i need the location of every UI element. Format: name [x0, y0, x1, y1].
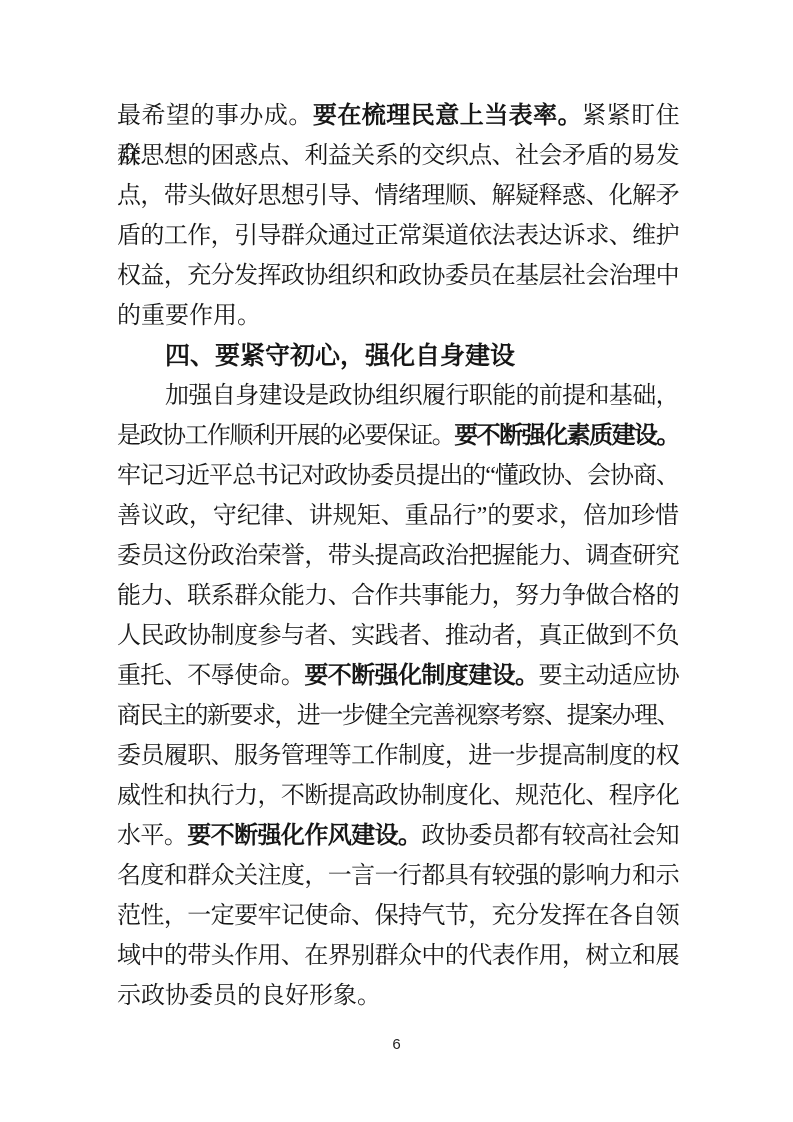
- emphasis-text-run: 要不断强化素质建设。: [454, 423, 679, 449]
- text-run: 牢记习近平总书记对政协委员提出的“懂政协、会协商、: [117, 463, 679, 489]
- text-run: 权益，充分发挥政协组织和政协委员在基层社会治理中: [117, 263, 679, 289]
- text-run: 委员这份政治荣誉，带头提高政治把握能力、调查研究: [117, 543, 679, 569]
- text-run: 加强自身建设是政协组织履行职能的前提和基础，: [165, 383, 679, 409]
- text-line: 权益，充分发挥政协组织和政协委员在基层社会治理中: [117, 256, 679, 296]
- text-run: 委员履职、服务管理等工作制度，进一步提高制度的权: [117, 743, 679, 769]
- text-line: 牢记习近平总书记对政协委员提出的“懂政协、会协商、: [117, 456, 679, 496]
- paragraph: 最希望的事办成。要在梳理民意上当表率。紧紧盯住群众思想的困惑点、利益关系的交织点…: [117, 96, 679, 336]
- text-line: 四、要紧守初心，强化自身建设: [117, 336, 679, 376]
- text-run: 政协委员都有较高社会知: [421, 823, 679, 849]
- text-line: 域中的带头作用、在界别群众中的代表作用，树立和展: [117, 936, 679, 976]
- text-line: 人民政协制度参与者、实践者、推动者，真正做到不负: [117, 616, 679, 656]
- text-run: 域中的带头作用、在界别群众中的代表作用，树立和展: [117, 943, 679, 969]
- text-run: 商民主的新要求，进一步健全完善视察考察、提案办理、: [117, 703, 679, 729]
- text-line: 示政协委员的良好形象。: [117, 976, 679, 1016]
- text-line: 是政协工作顺利开展的必要保证。要不断强化素质建设。: [117, 416, 679, 456]
- text-run: 是政协工作顺利开展的必要保证。: [117, 423, 454, 449]
- text-line: 最希望的事办成。要在梳理民意上当表率。紧紧盯住群: [117, 96, 679, 136]
- text-run: 重托、不辱使命。: [117, 663, 304, 689]
- text-run: 范性，一定要牢记使命、保持气节，充分发挥在各自领: [117, 903, 679, 929]
- text-line: 能力、联系群众能力、合作共事能力，努力争做合格的: [117, 576, 679, 616]
- text-run: 众思想的困惑点、利益关系的交织点、社会矛盾的易发: [117, 143, 679, 169]
- document-page: 最希望的事办成。要在梳理民意上当表率。紧紧盯住群众思想的困惑点、利益关系的交织点…: [0, 0, 793, 1122]
- text-line: 威性和执行力，不断提高政协制度化、规范化、程序化: [117, 776, 679, 816]
- text-run: 示政协委员的良好形象。: [117, 983, 381, 1009]
- text-line: 加强自身建设是政协组织履行职能的前提和基础，: [117, 376, 679, 416]
- text-line: 水平。要不断强化作风建设。政协委员都有较高社会知: [117, 816, 679, 856]
- paragraph: 加强自身建设是政协组织履行职能的前提和基础，是政协工作顺利开展的必要保证。要不断…: [117, 376, 679, 1016]
- emphasis-text-run: 四、要紧守初心，强化自身建设: [165, 342, 515, 370]
- text-line: 名度和群众关注度，一言一行都具有较强的影响力和示: [117, 856, 679, 896]
- text-run: 威性和执行力，不断提高政协制度化、规范化、程序化: [117, 783, 679, 809]
- text-line: 的重要作用。: [117, 296, 679, 336]
- text-run: 善议政，守纪律、讲规矩、重品行”的要求，倍加珍惜: [117, 503, 679, 529]
- text-line: 重托、不辱使命。要不断强化制度建设。要主动适应协: [117, 656, 679, 696]
- text-run: 盾的工作，引导群众通过正常渠道依法表达诉求、维护: [117, 223, 679, 249]
- text-line: 善议政，守纪律、讲规矩、重品行”的要求，倍加珍惜: [117, 496, 679, 536]
- text-run: 点，带头做好思想引导、情绪理顺、解疑释惑、化解矛: [117, 183, 679, 209]
- text-line: 商民主的新要求，进一步健全完善视察考察、提案办理、: [117, 696, 679, 736]
- page-number: 6: [0, 1036, 793, 1053]
- section-heading: 四、要紧守初心，强化自身建设: [117, 336, 679, 376]
- text-line: 盾的工作，引导群众通过正常渠道依法表达诉求、维护: [117, 216, 679, 256]
- text-run: 最希望的事办成。: [117, 103, 313, 129]
- text-line: 委员这份政治荣誉，带头提高政治把握能力、调查研究: [117, 536, 679, 576]
- text-run: 水平。: [117, 823, 187, 849]
- document-body: 最希望的事办成。要在梳理民意上当表率。紧紧盯住群众思想的困惑点、利益关系的交织点…: [117, 96, 679, 1016]
- text-run: 名度和群众关注度，一言一行都具有较强的影响力和示: [117, 863, 679, 889]
- emphasis-text-run: 要不断强化作风建设。: [187, 823, 421, 849]
- text-run: 能力、联系群众能力、合作共事能力，努力争做合格的: [117, 583, 679, 609]
- text-run: 人民政协制度参与者、实践者、推动者，真正做到不负: [117, 623, 679, 649]
- emphasis-text-run: 要在梳理民意上当表率。: [313, 103, 582, 129]
- text-line: 范性，一定要牢记使命、保持气节，充分发挥在各自领: [117, 896, 679, 936]
- text-run: 的重要作用。: [117, 303, 261, 329]
- text-line: 点，带头做好思想引导、情绪理顺、解疑释惑、化解矛: [117, 176, 679, 216]
- text-line: 委员履职、服务管理等工作制度，进一步提高制度的权: [117, 736, 679, 776]
- text-line: 众思想的困惑点、利益关系的交织点、社会矛盾的易发: [117, 136, 679, 176]
- emphasis-text-run: 要不断强化制度建设。: [304, 663, 538, 689]
- text-run: 要主动适应协: [539, 663, 680, 689]
